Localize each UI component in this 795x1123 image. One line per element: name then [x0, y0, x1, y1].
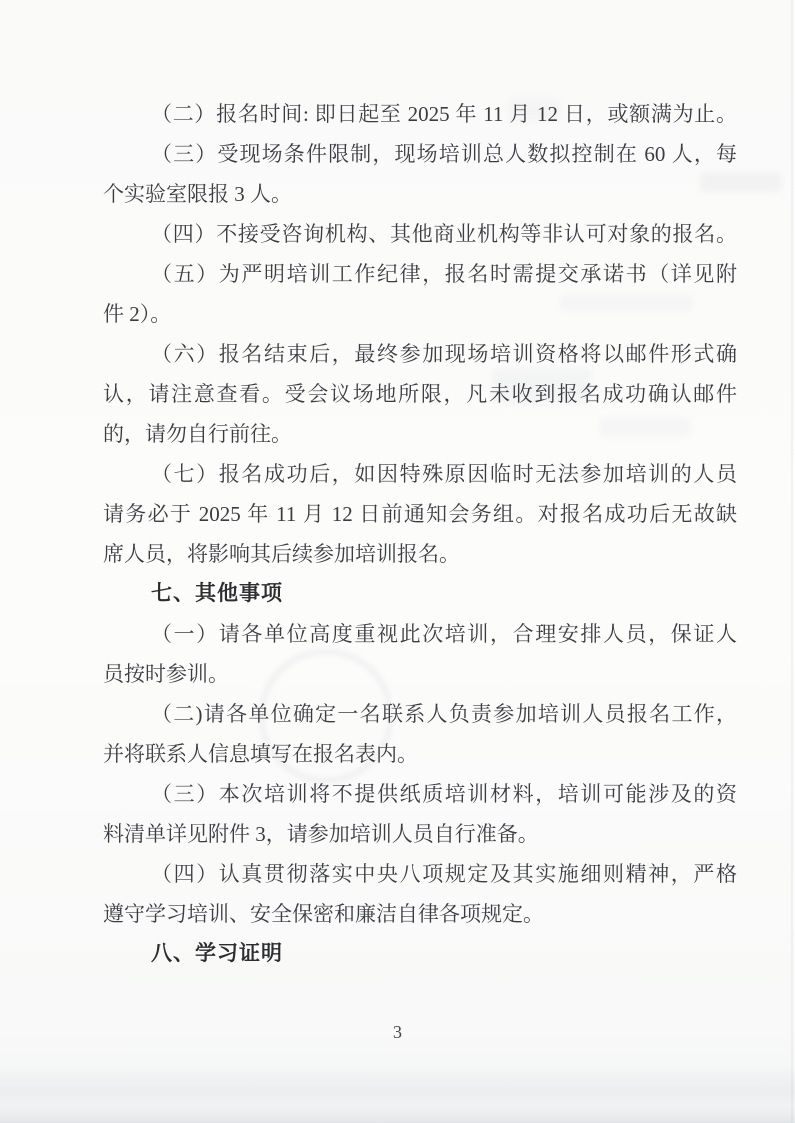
doc-line: （一）请各单位高度重视此次培训，合理安排人员，保证人	[103, 614, 737, 654]
doc-line: 席人员，将影响其后续参加培训报名。	[103, 534, 737, 574]
doc-line: （四）不接受咨询机构、其他商业机构等非认可对象的报名。	[103, 214, 737, 254]
doc-line: 件 2）。	[103, 294, 737, 334]
doc-line: （二)请各单位确定一名联系人负责参加培训人员报名工作，	[103, 694, 737, 734]
scan-right-edge-line	[791, 0, 793, 1123]
doc-line: （七）报名成功后，如因特殊原因临时无法参加培训的人员	[103, 454, 737, 494]
doc-line: （三）本次培训将不提供纸质培训材料，培训可能涉及的资	[103, 774, 737, 814]
doc-line: （五）为严明培训工作纪律，报名时需提交承诺书（详见附	[103, 254, 737, 294]
doc-line: 遵守学习培训、安全保密和廉洁自律各项规定。	[103, 894, 737, 934]
doc-line: 认，请注意查看。受会议场地所限，凡未收到报名成功确认邮件	[103, 374, 737, 414]
document-body: （二）报名时间: 即日起至 2025 年 11 月 12 日，或额满为止。 （三…	[103, 94, 737, 974]
document-page: （二）报名时间: 即日起至 2025 年 11 月 12 日，或额满为止。 （三…	[0, 0, 795, 1123]
doc-line: 请务必于 2025 年 11 月 12 日前通知会务组。对报名成功后无故缺	[103, 494, 737, 534]
scan-bottom-shadow	[0, 1065, 795, 1123]
page-number: 3	[0, 1019, 795, 1045]
doc-line: 个实验室限报 3 人。	[103, 174, 737, 214]
doc-line: （四）认真贯彻落实中央八项规定及其实施细则精神，严格	[103, 854, 737, 894]
section-heading-other-matters: 七、其他事项	[103, 574, 737, 614]
doc-line: （三）受现场条件限制，现场培训总人数拟控制在 60 人，每	[103, 134, 737, 174]
doc-line: 料清单详见附件 3，请参加培训人员自行准备。	[103, 814, 737, 854]
doc-line: 并将联系人信息填写在报名表内。	[103, 734, 737, 774]
doc-line: （六）报名结束后，最终参加现场培训资格将以邮件形式确	[103, 334, 737, 374]
doc-line: 员按时参训。	[103, 654, 737, 694]
doc-line: （二）报名时间: 即日起至 2025 年 11 月 12 日，或额满为止。	[103, 94, 737, 134]
section-heading-study-certificate: 八、学习证明	[103, 934, 737, 974]
doc-line: 的，请勿自行前往。	[103, 414, 737, 454]
